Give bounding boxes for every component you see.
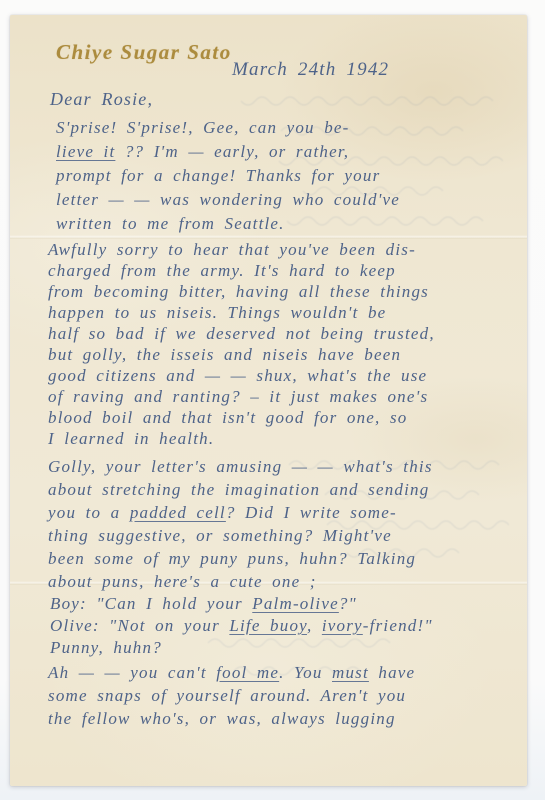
line-segment: have — [369, 663, 415, 682]
line-segment: you to a — [48, 503, 130, 522]
underlined-text: lieve it — [56, 142, 115, 161]
line-segment: . You — [279, 663, 332, 682]
handwritten-line: of raving and ranting? – it just makes o… — [48, 386, 435, 407]
handwritten-line: the fellow who's, or was, always lugging — [48, 707, 415, 730]
handwritten-line: letter — — was wondering who could've — [56, 188, 400, 212]
handwritten-line: thing suggestive, or something? Might've — [48, 524, 433, 547]
letterhead-name: Chiye Sugar Sato — [56, 40, 232, 65]
handwritten-line: I learned in health. — [48, 428, 435, 449]
underlined-text: Palm-olive — [252, 594, 339, 613]
dialogue-boy-line: Boy: "Can I hold your Palm-olive?" — [50, 593, 433, 615]
underlined-text: fool me — [216, 663, 279, 682]
dialogue-tag-line: Punny, huhn? — [50, 637, 433, 659]
handwritten-line: blood boil and that isn't good for one, … — [48, 407, 435, 428]
handwritten-line: Golly, your letter's amusing — — what's … — [48, 455, 433, 478]
handwritten-line: from becoming bitter, having all these t… — [48, 281, 435, 302]
line-segment: ?" — [339, 594, 357, 613]
line-segment: -friend!" — [363, 616, 433, 635]
line-segment: , — [307, 616, 322, 635]
line-segment: ? Did I write some- — [226, 503, 397, 522]
dialogue-olive-line: Olive: "Not on your Life buoy, ivory-fri… — [50, 615, 433, 637]
handwritten-line: about puns, here's a cute one ; — [48, 570, 433, 593]
handwritten-line: good citizens and — — shux, what's the u… — [48, 365, 435, 386]
handwritten-line: charged from the army. It's hard to keep — [48, 260, 435, 281]
underlined-text: padded cell — [130, 503, 226, 522]
paragraph-3: Golly, your letter's amusing — — what's … — [48, 455, 433, 593]
line-segment: ?? I'm — early, or rather, — [115, 142, 349, 161]
pun-dialogue: Boy: "Can I hold your Palm-olive?" Olive… — [50, 593, 433, 659]
letter-paper: Chiye Sugar Sato March 24th 1942 Dear Ro… — [10, 15, 527, 786]
handwritten-line: happen to us niseis. Things wouldn't be — [48, 302, 435, 323]
handwritten-line: S'prise! S'prise!, Gee, can you be- — [56, 116, 400, 140]
underlined-text: Life buoy — [229, 616, 307, 635]
line-segment: Olive: "Not on your — [50, 616, 229, 635]
salutation: Dear Rosie, — [50, 89, 153, 110]
underlined-text: must — [332, 663, 369, 682]
paragraph-1: S'prise! S'prise!, Gee, can you be- liev… — [56, 116, 400, 236]
line-segment: Boy: "Can I hold your — [50, 594, 252, 613]
handwritten-line: Ah — — you can't fool me. You must have — [48, 661, 415, 684]
handwritten-line: lieve it ?? I'm — early, or rather, — [56, 140, 400, 164]
paragraph-2: Awfully sorry to hear that you've been d… — [48, 239, 435, 449]
handwritten-line: written to me from Seattle. — [56, 212, 400, 236]
date-line: March 24th 1942 — [232, 59, 389, 81]
handwritten-line: you to a padded cell? Did I write some- — [48, 501, 433, 524]
handwritten-line: Awfully sorry to hear that you've been d… — [48, 239, 435, 260]
handwritten-line: but golly, the isseis and niseis have be… — [48, 344, 435, 365]
handwritten-line: half so bad if we deserved not being tru… — [48, 323, 435, 344]
underlined-text: ivory — [322, 616, 363, 635]
line-segment: Ah — — you can't — [48, 663, 216, 682]
handwritten-line: prompt for a change! Thanks for your — [56, 164, 400, 188]
handwritten-line: about stretching the imagination and sen… — [48, 478, 433, 501]
handwritten-line: been some of my puny puns, huhn? Talking — [48, 547, 433, 570]
handwritten-line: some snaps of yourself around. Aren't yo… — [48, 684, 415, 707]
paragraph-4: Ah — — you can't fool me. You must have … — [48, 661, 415, 730]
